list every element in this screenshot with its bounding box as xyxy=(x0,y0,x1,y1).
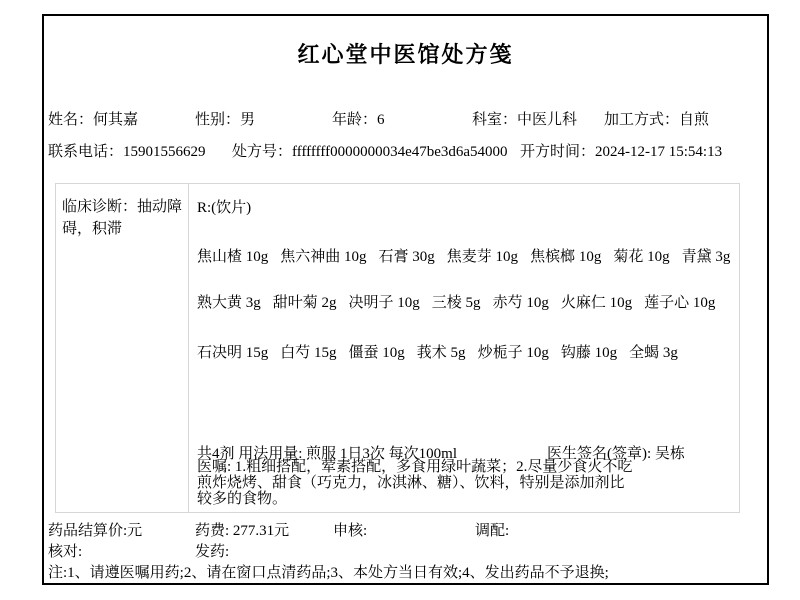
note-text: 注:1、请遵医嘱用药;2、请在窗口点清药品;3、本处方当日有效;4、发出药品不予… xyxy=(48,561,609,582)
diagnosis-text: 临床诊断：抽动障碍，积滞 xyxy=(62,196,183,240)
processing-method-field: 加工方式：自煎 xyxy=(604,108,709,129)
medicine-item: 火麻仁 10g xyxy=(561,295,632,311)
medicine-item: 决明子 10g xyxy=(349,295,420,311)
page-title: 红心堂中医馆处方笺 xyxy=(44,38,767,69)
fee-text: 药费: 277.31元 xyxy=(195,519,289,540)
medicine-item: 熟大黄 3g xyxy=(197,295,261,311)
prescription-table: 临床诊断：抽动障碍，积滞 R:(饮片) 焦山楂 10g焦六神曲 10g石膏 30… xyxy=(55,183,740,513)
medicine-item: 炒栀子 10g xyxy=(478,345,549,361)
patient-gender-field: 性别：男 xyxy=(195,108,255,129)
phone-field: 联系电话：15901556629 xyxy=(48,140,206,161)
prescription-sheet: 红心堂中医馆处方笺 姓名：何其嘉 性别：男 年龄：6 科室：中医儿科 加工方式：… xyxy=(42,14,769,585)
medicine-item: 焦槟榔 10g xyxy=(530,249,601,265)
patient-age-field: 年龄：6 xyxy=(332,108,385,129)
medical-advice-line: 较多的食物。 xyxy=(197,491,287,507)
medicine-item: 莲子心 10g xyxy=(644,295,715,311)
rx-cell: R:(饮片) 焦山楂 10g焦六神曲 10g石膏 30g焦麦芽 10g焦槟榔 1… xyxy=(189,184,739,512)
medicine-item: 菊花 10g xyxy=(613,249,669,265)
medicine-line: 石决明 15g白芍 15g僵蚕 10g莪术 5g炒栀子 10g钩藤 10g全蝎 … xyxy=(197,341,690,362)
medicine-item: 石膏 30g xyxy=(379,249,435,265)
medicine-item: 莪术 5g xyxy=(417,345,466,361)
department-field: 科室：中医儿科 xyxy=(472,108,577,129)
medicine-line: 熟大黄 3g甜叶菊 2g决明子 10g三棱 5g赤芍 10g火麻仁 10g莲子心… xyxy=(197,291,727,312)
medicine-item: 钩藤 10g xyxy=(561,345,617,361)
medical-advice-line: 煎炸烧烤、甜食（巧克力，冰淇淋、糖）、饮料，特别是添加剂比 xyxy=(197,475,625,491)
review-label: 申核: xyxy=(333,519,367,540)
medicine-item: 青黛 3g xyxy=(682,249,731,265)
medicine-item: 焦麦芽 10g xyxy=(447,249,518,265)
medicine-item: 僵蚕 10g xyxy=(349,345,405,361)
medicine-item: 三棱 5g xyxy=(432,295,481,311)
dispense-label: 发药: xyxy=(195,540,229,561)
patient-name-field: 姓名：何其嘉 xyxy=(48,108,138,129)
settle-price-text: 药品结算价:元 xyxy=(48,519,142,540)
medical-advice-line: 医嘱: 1.粗细搭配，荤素搭配，多食用绿叶蔬菜；2.尽量少食火不吃 xyxy=(197,459,632,475)
rx-header: R:(饮片) xyxy=(197,196,251,217)
diagnosis-cell: 临床诊断：抽动障碍，积滞 xyxy=(56,184,189,512)
medicine-item: 石决明 15g xyxy=(197,345,268,361)
medicine-item: 全蝎 3g xyxy=(629,345,678,361)
medicine-item: 焦山楂 10g xyxy=(197,249,268,265)
check-label: 核对: xyxy=(48,540,82,561)
issue-time-field: 开方时间：2024-12-17 15:54:13 xyxy=(520,140,722,161)
rx-number-field: 处方号：ffffffff0000000034e47be3d6a54000 xyxy=(232,140,508,161)
medicine-line: 焦山楂 10g焦六神曲 10g石膏 30g焦麦芽 10g焦槟榔 10g菊花 10… xyxy=(197,245,742,266)
medicine-item: 赤芍 10g xyxy=(493,295,549,311)
medicine-item: 甜叶菊 2g xyxy=(273,295,337,311)
prepare-label: 调配: xyxy=(475,519,509,540)
medicine-item: 焦六神曲 10g xyxy=(280,249,366,265)
medicine-item: 白芍 15g xyxy=(280,345,336,361)
